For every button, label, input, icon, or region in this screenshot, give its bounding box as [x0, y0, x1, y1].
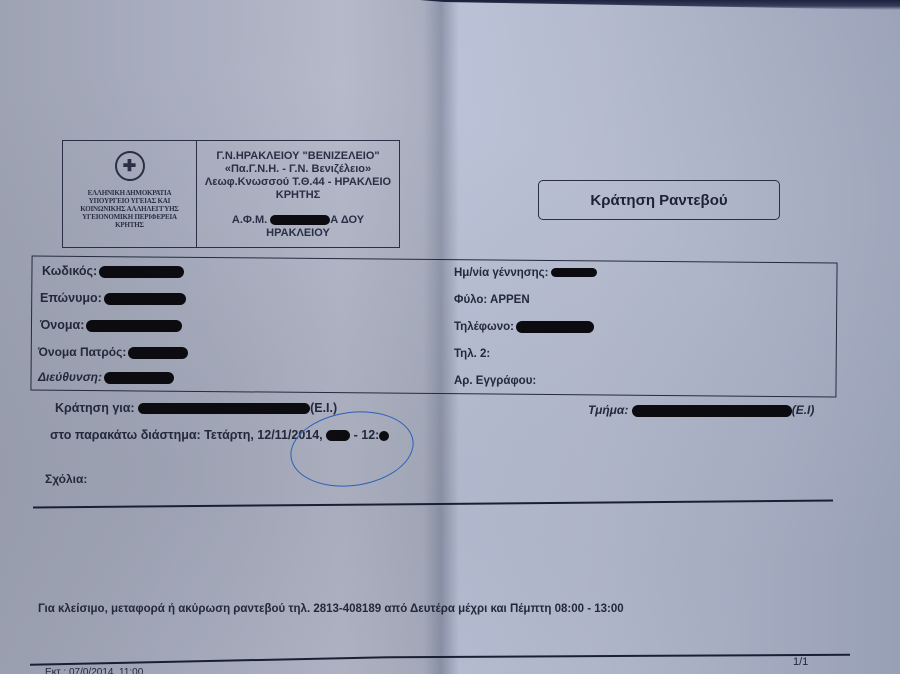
field-father-name: Όνομα Πατρός: [38, 345, 188, 359]
page-number: 1/1 [793, 656, 808, 668]
hospital-info: Γ.Ν.ΗΡΑΚΛΕΙΟΥ "ΒΕΝΙΖΕΛΕΙΟ" «Πα.Γ.Ν.Η. - … [197, 141, 399, 247]
hospital-name: Γ.Ν.ΗΡΑΚΛΕΙΟΥ "ΒΕΝΙΖΕΛΕΙΟ" [197, 150, 399, 163]
document-title: Κράτηση Ραντεβού [538, 180, 780, 220]
hospital-address: Λεωφ.Κνωσσού Τ.Θ.44 - ΗΡΑΚΛΕΙΟ [197, 176, 399, 189]
field-birth-date: Ημ/νία γέννησης: [454, 267, 597, 279]
background-edge [420, 0, 900, 10]
greek-coat-of-arms-icon: ✚ [115, 151, 145, 181]
footer-divider [390, 654, 850, 658]
field-document-no: Αρ. Εγγράφου: [454, 375, 536, 387]
contact-note: Για κλείσιμο, μεταφορά ή ακύρωση ραντεβο… [38, 603, 624, 615]
redaction [138, 403, 310, 414]
hospital-header: ✚ ΕΛΛΗΝΙΚΗ ΔΗΜΟΚΡΑΤΙΑ ΥΠΟΥΡΓΕΙΟ ΥΓΕΙΑΣ Κ… [62, 140, 400, 248]
footer-divider [30, 656, 390, 666]
comments-label: Σχόλια: [45, 472, 87, 486]
redaction [632, 405, 792, 417]
redaction [86, 320, 182, 332]
divider [33, 500, 833, 509]
redaction [551, 268, 597, 277]
redaction [270, 215, 330, 225]
field-code: Κωδικός: [42, 264, 184, 278]
handwritten-circle [285, 404, 418, 495]
redaction [128, 347, 188, 359]
redaction [104, 293, 186, 305]
field-sex: Φύλο: ΑΡΡΕΝ [454, 294, 530, 306]
field-surname: Επώνυμο: [40, 291, 186, 305]
redaction [516, 321, 594, 333]
hospital-alias: «Πα.Γ.Ν.Η. - Γ.Ν. Βενιζέλειο» [197, 163, 399, 176]
redaction [104, 372, 174, 384]
ministry-cell: ✚ ΕΛΛΗΝΙΚΗ ΔΗΜΟΚΡΑΤΙΑ ΥΠΟΥΡΓΕΙΟ ΥΓΕΙΑΣ Κ… [63, 141, 197, 247]
tax-office: ΗΡΑΚΛΕΙΟΥ [197, 227, 399, 240]
afm-line: Α.Φ.Μ. Α ΔΟΥ [197, 214, 399, 227]
print-timestamp: Εκτ.: 07/0/2014, 11:00 [45, 667, 143, 674]
field-phone-2: Τηλ. 2: [454, 348, 490, 360]
field-phone: Τηλέφωνο: [454, 321, 594, 333]
booking-for: Κράτηση για: (Ε.Ι.) [55, 401, 337, 415]
ministry-text: ΕΛΛΗΝΙΚΗ ΔΗΜΟΚΡΑΤΙΑ ΥΠΟΥΡΓΕΙΟ ΥΓΕΙΑΣ ΚΑΙ… [80, 189, 178, 229]
hospital-region: ΚΡΗΤΗΣ [197, 189, 399, 202]
field-address: Διεύθυνση: [38, 370, 174, 384]
redaction [99, 266, 184, 278]
field-first-name: Όνομα: [40, 318, 182, 332]
department: Τμήμα: (Ε.Ι) [588, 403, 814, 417]
